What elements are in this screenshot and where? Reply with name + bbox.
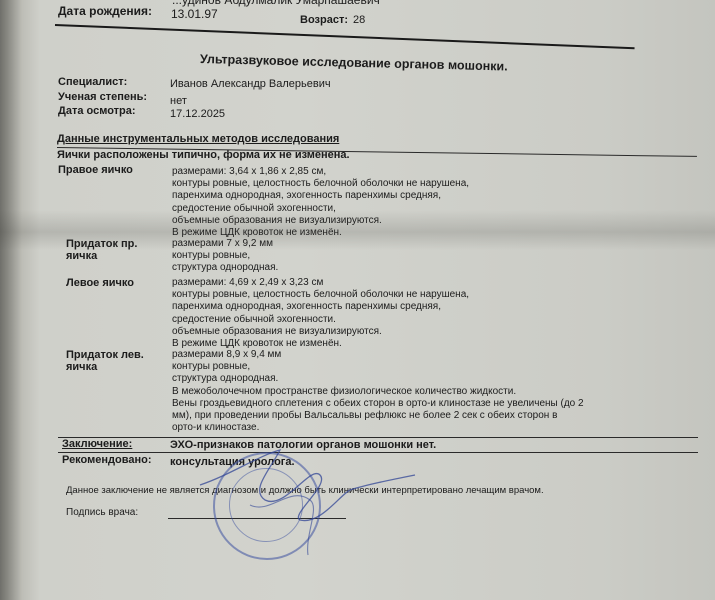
finding-label: яичка xyxy=(66,250,97,262)
finding-line: контуры ровные, xyxy=(172,361,250,372)
section-heading: Данные инструментальных методов исследов… xyxy=(57,133,339,145)
finding-line: размерами 7 x 9,2 мм xyxy=(172,238,273,249)
finding-line: объемные образования не визуализируются. xyxy=(172,326,382,337)
finding-label: Придаток лев. xyxy=(66,349,144,361)
age-label: Возраст: xyxy=(300,14,348,26)
recommendation-label: Рекомендовано: xyxy=(62,454,151,466)
finding-line: размерами 8,9 x 9,4 мм xyxy=(172,349,281,360)
finding-label: яичка xyxy=(66,361,97,373)
patient-name: ...удинов Абдулмалик Умарпашаевич xyxy=(172,0,380,7)
specialist-label: Специалист: xyxy=(58,76,127,88)
page-title: Ультразвуковое исследование органов мошо… xyxy=(200,52,508,74)
degree-label: Ученая степень: xyxy=(58,91,147,103)
finding-line: размерами: 3,64 x 1,86 x 2,85 см, xyxy=(172,166,326,177)
finding-label: Придаток пр. xyxy=(66,238,137,250)
finding-line: В режиме ЦДК кровоток не изменён. xyxy=(172,227,342,238)
exam-date-value: 17.12.2025 xyxy=(170,108,225,120)
dob-label: Дата рождения: xyxy=(58,4,152,18)
finding-line: паренхима однородная, эхогенность паренх… xyxy=(172,301,441,312)
finding-line: контуры ровные, xyxy=(172,250,250,261)
finding-line: контуры ровные, целостность белочной обо… xyxy=(172,289,469,300)
finding-label: Правое яичко xyxy=(58,164,133,176)
finding-line: контуры ровные, целостность белочной обо… xyxy=(172,178,469,189)
finding-line: В межоболочечном пространстве физиологич… xyxy=(172,386,516,397)
finding-line: средостение обычной эхогенности. xyxy=(172,314,336,325)
exam-date-label: Дата осмотра: xyxy=(58,105,136,117)
conclusion-top-rule xyxy=(58,437,698,438)
finding-line: средостение обычной эхогенности, xyxy=(172,203,336,214)
finding-line: структура однородная. xyxy=(172,373,278,384)
finding-line: паренхима однородная, эхогенность паренх… xyxy=(172,190,441,201)
finding-line: размерами: 4,69 x 2,49 x 3,23 см xyxy=(172,277,323,288)
signature-scribble xyxy=(190,445,420,565)
document-page: ...удинов Абдулмалик Умарпашаевич Дата р… xyxy=(0,0,715,600)
header-rule xyxy=(55,24,635,49)
age-value: 28 xyxy=(353,14,365,26)
degree-value: нет xyxy=(170,95,187,107)
finding-line: мм), при проведении пробы Вальсальвы реф… xyxy=(172,410,557,421)
section-summary: Яички расположены типично, форма их не и… xyxy=(57,149,350,161)
dob-value: 13.01.97 xyxy=(171,7,218,21)
conclusion-label: Заключение: xyxy=(62,438,132,450)
finding-line: В режиме ЦДК кровоток не изменён. xyxy=(172,338,342,349)
specialist-value: Иванов Александр Валерьевич xyxy=(170,78,331,90)
finding-line: Вены гроздьевидного сплетения с обеих ст… xyxy=(172,398,584,409)
signature-label: Подпись врача: xyxy=(66,507,138,518)
finding-line: орто-и клиностазе. xyxy=(172,422,259,433)
finding-line: структура однородная. xyxy=(172,262,278,273)
finding-line: объемные образования не визуализируются. xyxy=(172,215,382,226)
finding-label: Левое яичко xyxy=(66,277,134,289)
